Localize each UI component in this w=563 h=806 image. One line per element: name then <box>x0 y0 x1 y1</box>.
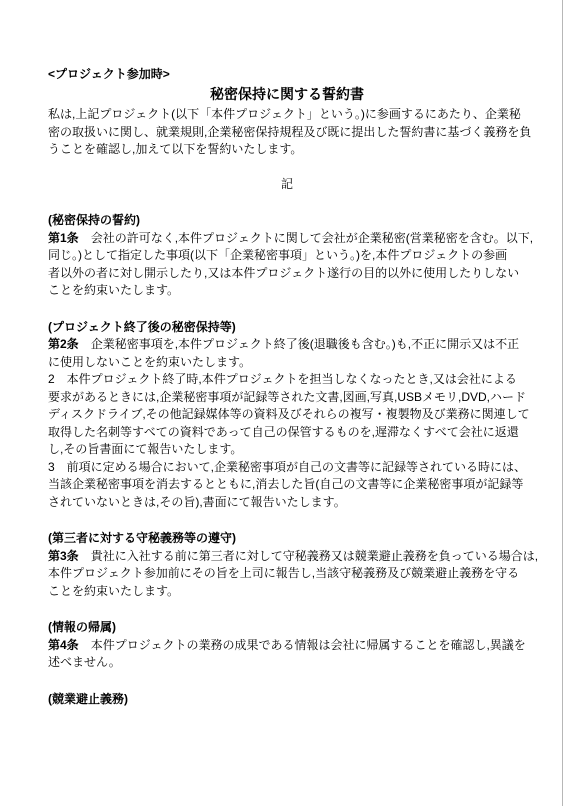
article-paragraph: 3 前項に定める場合において,企業秘密事項が自己の文書等に記録等されている時には… <box>48 459 526 512</box>
article-paragraph: 第4条 本件プロジェクトの業務の成果である情報は会社に帰属することを確認し,異議… <box>48 637 526 672</box>
section-heading: (情報の帰属) <box>48 619 526 637</box>
document-page: <プロジェクト参加時> 秘密保持に関する誓約書 私は,上記プロジェクト(以下「本… <box>0 0 563 806</box>
article-paragraph: 第1条 会社の許可なく,本件プロジェクトに関して会社が企業秘密(営業秘密を含む。… <box>48 230 526 300</box>
article-text: 2 本件プロジェクト終了時,本件プロジェクトを担当しなくなったとき,又は会社によ… <box>48 372 530 456</box>
section-non-compete: (競業避止義務) <box>48 691 526 709</box>
record-separator: 記 <box>48 176 526 194</box>
article-number: 第2条 <box>48 337 79 351</box>
document-content: <プロジェクト参加時> 秘密保持に関する誓約書 私は,上記プロジェクト(以下「本… <box>0 0 562 708</box>
article-paragraph: 2 本件プロジェクト終了時,本件プロジェクトを担当しなくなったとき,又は会社によ… <box>48 371 526 459</box>
article-text: 3 前項に定める場合において,企業秘密事項が自己の文書等に記録等されている時には… <box>48 460 526 509</box>
section-heading: (プロジェクト終了後の秘密保持等) <box>48 319 526 337</box>
section-heading: (競業避止義務) <box>48 691 526 709</box>
section-confidentiality-pledge: (秘密保持の誓約) 第1条 会社の許可なく,本件プロジェクトに関して会社が企業秘… <box>48 212 526 300</box>
document-title: 秘密保持に関する誓約書 <box>48 85 526 103</box>
section-information-ownership: (情報の帰属) 第4条 本件プロジェクトの業務の成果である情報は会社に帰属するこ… <box>48 619 526 672</box>
section-heading: (第三者に対する守秘義務等の遵守) <box>48 530 526 548</box>
article-number: 第1条 <box>48 231 79 245</box>
article-text: 企業秘密事項を,本件プロジェクト終了後(退職後も含む。)も,不正に開示又は不正 … <box>48 337 519 369</box>
article-text: 本件プロジェクトの業務の成果である情報は会社に帰属することを確認し,異議を 述べ… <box>48 638 526 670</box>
article-text: 貴社に入社する前に第三者に対して守秘義務又は競業避止義務を負っている場合は, 本… <box>48 549 538 598</box>
section-post-project-confidentiality: (プロジェクト終了後の秘密保持等) 第2条 企業秘密事項を,本件プロジェクト終了… <box>48 319 526 512</box>
section-heading: (秘密保持の誓約) <box>48 212 526 230</box>
article-text: 会社の許可なく,本件プロジェクトに関して会社が企業秘密(営業秘密を含む。以下, … <box>48 231 533 298</box>
article-number: 第3条 <box>48 549 79 563</box>
contract-tag-line: <プロジェクト参加時> <box>48 66 526 82</box>
article-number: 第4条 <box>48 638 79 652</box>
article-paragraph: 第2条 企業秘密事項を,本件プロジェクト終了後(退職後も含む。)も,不正に開示又… <box>48 336 526 371</box>
section-third-party-obligations: (第三者に対する守秘義務等の遵守) 第3条 貴社に入社する前に第三者に対して守秘… <box>48 530 526 600</box>
article-paragraph: 第3条 貴社に入社する前に第三者に対して守秘義務又は競業避止義務を負っている場合… <box>48 548 526 601</box>
intro-paragraph: 私は,上記プロジェクト(以下「本件プロジェクト」という。)に参画するにあたり、企… <box>48 106 526 159</box>
